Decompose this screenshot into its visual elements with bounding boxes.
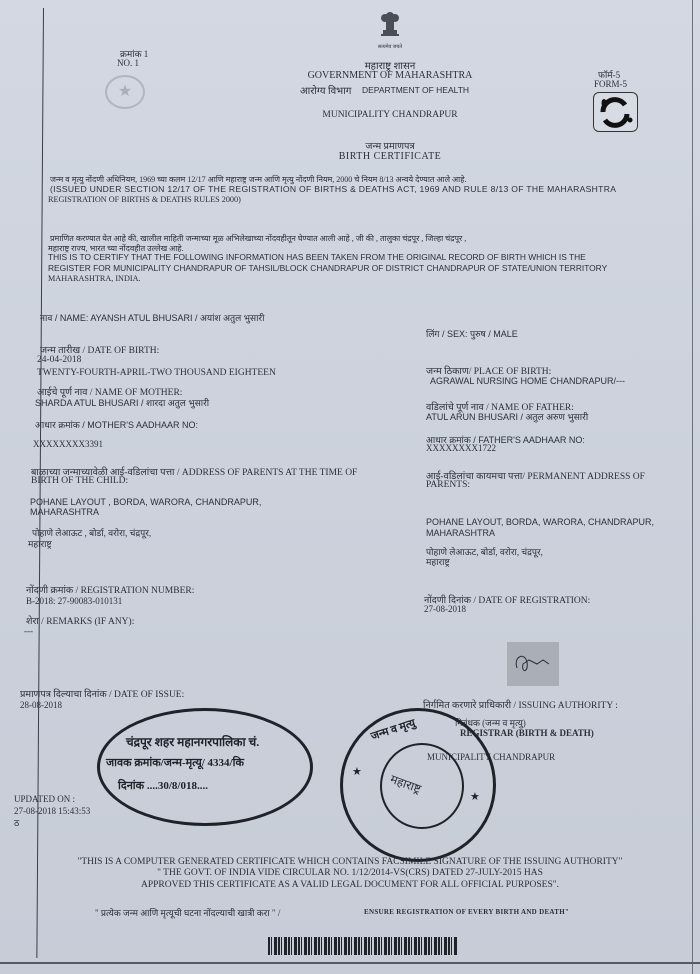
seal-star-icon: ★: [105, 75, 145, 109]
registration-date-value: 27-08-2018: [424, 604, 466, 614]
certify-en-2: REGISTER FOR MUNICIPALITY CHANDRAPUR OF …: [48, 263, 607, 273]
birth-certificate-page: सत्यमेव जयते क्रमांक 1 NO. 1 ★ महाराष्ट्…: [0, 0, 700, 974]
place-of-birth-value: AGRAWAL NURSING HOME CHANDRAPUR/---: [430, 376, 625, 386]
child-name: नाव / NAME: AYANSH ATUL BHUSARI / अयांश …: [40, 311, 264, 324]
sex-field: लिंग / SEX: पुरुष / MALE: [426, 327, 518, 340]
emblem-caption: सत्यमेव जयते: [355, 44, 425, 50]
issue-date-label: प्रमाणपत्र दिल्याचा दिनांक / DATE OF ISS…: [20, 687, 184, 700]
form-label-en: FORM-5: [594, 79, 627, 89]
remarks-value: ---: [24, 626, 33, 636]
dept-title-en: DEPARTMENT OF HEALTH: [362, 85, 469, 95]
permanent-address-en-1: POHANE LAYOUT, BORDA, WARORA, CHANDRAPUR…: [426, 517, 654, 527]
updated-on-value: 27-08-2018 15:43:53: [14, 806, 90, 816]
registrar-en: REGISTRAR (BIRTH & DEATH): [460, 728, 594, 738]
birth-address-en-1: POHANE LAYOUT , BORDA, WARORA, CHANDRAPU…: [30, 497, 261, 507]
registration-number-value: B-2018: 27-90083-010131: [26, 596, 122, 606]
slogan-mr: " प्रत्येक जन्म आणि मृत्यूची घटना नोंदल्…: [95, 906, 280, 919]
dob-value: 24-04-2018: [37, 355, 81, 365]
issuing-authority-label: निर्गमित करणारे प्राधिकारी / ISSUING AUT…: [423, 698, 618, 711]
birth-address-mr-2: महाराष्ट्र: [28, 537, 52, 550]
remarks-label: शेरा / REMARKS (IF ANY):: [26, 614, 134, 627]
certify-en-3: MAHARASHTRA, INDIA.: [48, 274, 141, 283]
stamp-oval-line3: दिनांक ....30/8/018....: [118, 778, 208, 793]
permanent-address-en-2: MAHARASHTRA: [426, 528, 495, 538]
birth-address-label-2: BIRTH OF THE CHILD:: [31, 476, 128, 486]
gov-title-en: GOVERNMENT OF MAHARASHTRA: [250, 70, 530, 81]
facsimile-signature: [507, 642, 559, 686]
registration-number-label: नोंदणी क्रमांक / REGISTRATION NUMBER:: [26, 583, 194, 596]
dept-title-mr: आरोग्य विभाग: [300, 83, 351, 97]
birth-address-en-2: MAHARASHTRA: [30, 507, 99, 517]
page-border-bottom: [0, 962, 700, 964]
certify-en-1: THIS IS TO CERTIFY THAT THE FOLLOWING IN…: [48, 252, 586, 262]
signature-scribble-icon: [507, 642, 559, 686]
preamble-en-1: (ISSUED UNDER SECTION 12/17 OF THE REGIS…: [50, 184, 616, 194]
footer-note-2: " THE GOVT. OF INDIA VIDE CIRCULAR NO. 1…: [20, 868, 680, 878]
municipality-title: MUNICIPALITY CHANDRAPUR: [250, 110, 530, 120]
stamp-oval-line1: चंद्रपूर शहर महानगरपालिका चं.: [126, 733, 259, 750]
slogan-en: ENSURE REGISTRATION OF EVERY BIRTH AND D…: [364, 908, 569, 916]
seal-star-right-icon: ★: [470, 790, 480, 803]
preamble-en-2: REGISTRATION OF BIRTHS & DEATHS RULES 20…: [48, 195, 241, 204]
permanent-address-label-2: PARENTS:: [426, 480, 470, 490]
father-aadhaar-value: XXXXXXXX1722: [426, 443, 496, 453]
updated-mark: ठ: [14, 816, 19, 829]
father-name-value: ATUL ARUN BHUSARI / अतुल अरुण भुसारी: [426, 410, 588, 423]
footer-note-1: "THIS IS A COMPUTER GENERATED CERTIFICAT…: [20, 857, 680, 867]
mother-aadhaar-value: XXXXXXXX3391: [33, 439, 103, 449]
issue-date-value: 28-08-2018: [20, 700, 62, 710]
stamp-oval-line2: जावक क्रमांक/जन्म-मृत्यू/ 4334/कि: [106, 755, 244, 770]
seal-star-left-icon: ★: [352, 765, 362, 778]
permanent-address-mr-2: महाराष्ट्र: [426, 555, 450, 568]
mother-aadhaar-label: आधार क्रमांक / MOTHER'S AADHAAR NO:: [35, 418, 198, 431]
mother-name-value: SHARDA ATUL BHUSARI / शारदा अतुल भुसारी: [35, 396, 209, 409]
crs-logo-icon: [593, 92, 638, 132]
page-border-right: [692, 0, 693, 974]
footer-note-3: APPROVED THIS CERTIFICATE AS A VALID LEG…: [20, 880, 680, 890]
state-emblem-icon: [375, 12, 405, 44]
barcode: [268, 937, 458, 955]
updated-on-label: UPDATED ON :: [14, 794, 75, 804]
dob-words: TWENTY-FOURTH-APRIL-TWO THOUSAND EIGHTEE…: [37, 368, 276, 378]
certificate-title-en: BIRTH CERTIFICATE: [250, 151, 530, 162]
serial-label-en: NO. 1: [117, 58, 139, 68]
